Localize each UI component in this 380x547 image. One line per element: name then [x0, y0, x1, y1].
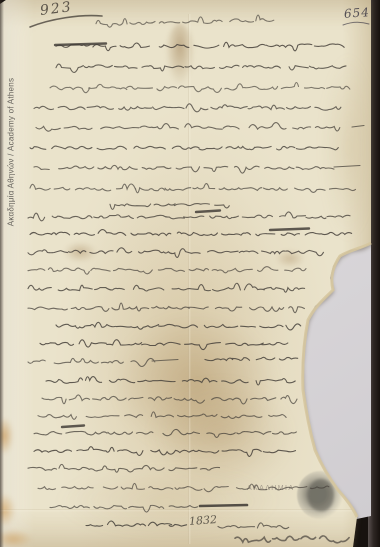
stain — [64, 242, 96, 262]
archive-watermark-label: Ακαδημία Αθηνών / Academy of Athens — [7, 78, 16, 226]
stain — [55, 465, 280, 537]
paper-wrapper: Ακαδημία Αθηνών / Academy of Athens 923 … — [0, 0, 380, 547]
stamp-text-right: ΑΘΗΝΩΝ — [346, 490, 380, 497]
date-year: 1832 — [189, 513, 218, 528]
stamp-text-left: ΑΚΑΔΗΜΙΑ — [247, 485, 294, 492]
stain — [112, 312, 278, 454]
stain — [276, 250, 304, 267]
stain — [148, 378, 294, 490]
manuscript-page: Ακαδημία Αθηνών / Academy of Athens 923 … — [0, 0, 380, 547]
scanned-document: Ακαδημία Αθηνών / Academy of Athens 923 … — [0, 0, 380, 547]
page-number: 923 — [39, 0, 73, 19]
scan-border-left — [0, 0, 4, 547]
stain — [166, 24, 194, 84]
stain — [0, 530, 32, 547]
fold-crease-vertical — [188, 14, 191, 544]
folio-number: 654 — [344, 5, 371, 21]
stain — [322, 55, 374, 240]
academy-stamp-seal — [297, 471, 343, 519]
